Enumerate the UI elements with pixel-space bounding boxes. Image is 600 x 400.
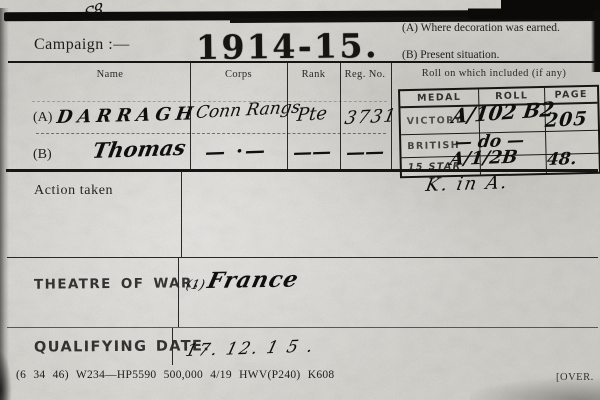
row-a-tag: (A) — [33, 110, 52, 126]
over-marker: [OVER. — [556, 372, 594, 383]
rule-under-campaign — [8, 61, 596, 63]
separator-rank-reg — [340, 63, 341, 169]
victory-page-value: 205 — [544, 108, 589, 132]
column-header-reg-no: Reg. No. — [338, 69, 392, 80]
note-present-situation: (B) Present situation. — [402, 49, 499, 61]
printer-imprint: (6 34 46) W234—HP5590 500,000 4/19 HWV(P… — [16, 369, 334, 381]
top-right-dark-corner — [468, 0, 600, 19]
left-edge-shadow — [0, 8, 9, 400]
row-a-surname: DARRAGH — [55, 103, 199, 128]
row-b-tag: (B) — [33, 147, 52, 163]
star-roll-value: A/1/2B — [449, 147, 519, 170]
theatre-of-war-label: THEATRE OF WAR. — [34, 275, 200, 292]
row-b-reg-ditto: —— — [346, 141, 385, 164]
row-b-corps-ditto: — ·— — [205, 138, 268, 164]
row-a-rank: Pte — [296, 103, 328, 126]
star-page-value: 48. — [546, 149, 578, 170]
action-section-divider — [181, 171, 182, 257]
guide-line-row-a — [36, 133, 386, 134]
note-where-earned: (A) Where decoration was earned. — [402, 22, 560, 34]
column-header-corps: Corps — [190, 69, 287, 80]
medal-index-card: S8 Campaign :— 1914-15. (A) Where decora… — [0, 0, 600, 400]
action-taken-value: K. in A. — [424, 172, 510, 196]
bottom-left-blotch — [0, 350, 12, 400]
qualifying-date-value: 17. 12. 1 5 . — [183, 336, 317, 361]
theatre-value: France — [205, 266, 301, 294]
action-taken-label: Action taken — [34, 183, 113, 199]
theatre-section-divider — [178, 258, 179, 327]
campaign-label: Campaign :— — [34, 36, 130, 54]
row-b-forename: Thomas — [91, 135, 188, 163]
row-a-reg-no: 3731 — [343, 105, 399, 129]
corner-scribble: S8 — [83, 0, 102, 26]
row-a-corps: Conn Rangs — [194, 97, 301, 123]
theatre-value-prefix: (1) — [184, 278, 206, 293]
rule-under-action — [7, 257, 598, 258]
row-b-rank-ditto: —— — [293, 141, 332, 164]
column-header-name: Name — [30, 69, 190, 80]
column-header-rank: Rank — [287, 69, 340, 80]
rule-under-theatre — [7, 327, 598, 328]
qualifying-date-label: QUALIFYING DATE. — [34, 338, 210, 355]
column-header-roll: Roll on which included (if any) — [394, 68, 594, 79]
qualifying-section-divider — [172, 328, 173, 365]
